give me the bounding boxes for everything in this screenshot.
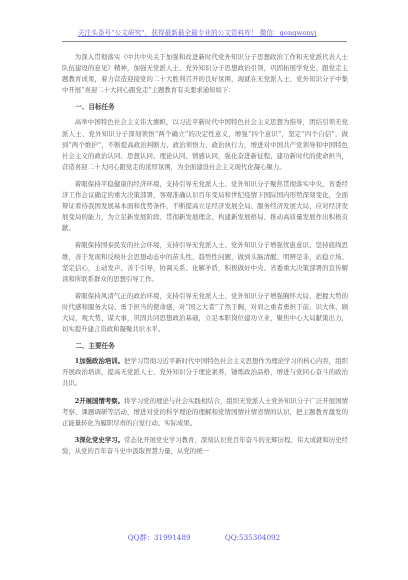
qq-group-label: QQ群：31991489 [128, 533, 191, 542]
header-banner: 关注头条号“公文研究”，获得最新最全最专业的公文资料库！ 微信：gongweny… [62, 27, 347, 42]
task-item-lead: 1加强政治培训。 [75, 357, 124, 365]
qq-label: QQ:535304092 [225, 533, 280, 542]
goals-paragraph-1: 高举中国特色社会主义伟大旗帜，以习近平新时代中国特色社会主义思想为指导，团结引领… [62, 117, 348, 172]
task-item-2: 2开展国情考察。将学习党的理论与社会实践相结合，组织无党派人士党外知识分子广泛开… [62, 396, 348, 429]
intro-paragraph: 为深入贯彻落实《中共中央关于加强和改进新时代党外知识分子思想政治工作和无党派代表… [62, 52, 348, 96]
task-item-lead: 3深化党史学习。 [75, 436, 124, 444]
goals-paragraph-2: 着眼保持平稳健康的经济环境，支持引导无党派人士、党外知识分子聚焦贯彻落实中央、省… [62, 179, 348, 234]
task-item-lead: 2开展国情考察。 [75, 397, 124, 405]
document-page: 关注头条号“公文研究”，获得最新最全最专业的公文资料库！ 微信：gongweny… [0, 0, 408, 580]
task-item-1: 1加强政治培训。把学习贯彻习近平新时代中国特色社会主义思想作为理论学习的核心内容… [62, 356, 348, 389]
section-heading-tasks: 二、主要任务 [62, 341, 348, 352]
document-body: 为深入贯彻落实《中共中央关于加强和改进新时代党外知识分子思想政治工作和无党派代表… [62, 52, 348, 463]
task-item-3: 3深化党史学习。常态化开展党史学习教育，深刻认识党百年奋斗的光辉历程、伟大成就和… [62, 435, 348, 457]
footer-contact: QQ群：31991489 QQ:535304092 [0, 533, 408, 543]
goals-paragraph-3: 着眼保持国泰民安的社会环境，支持引导无党派人士、党外知识分子增强忧患意识、坚持底… [62, 240, 348, 284]
section-heading-goals: 一、目标任务 [62, 102, 348, 113]
goals-paragraph-4: 着眼保持风清气正的政治环境，支持引导无党派人士、党外知识分子增强胸怀大局、把握大… [62, 291, 348, 335]
header-promo-link[interactable]: 关注头条号“公文研究”，获得最新最全最专业的公文资料库！ 微信：gongweny… [78, 28, 316, 38]
